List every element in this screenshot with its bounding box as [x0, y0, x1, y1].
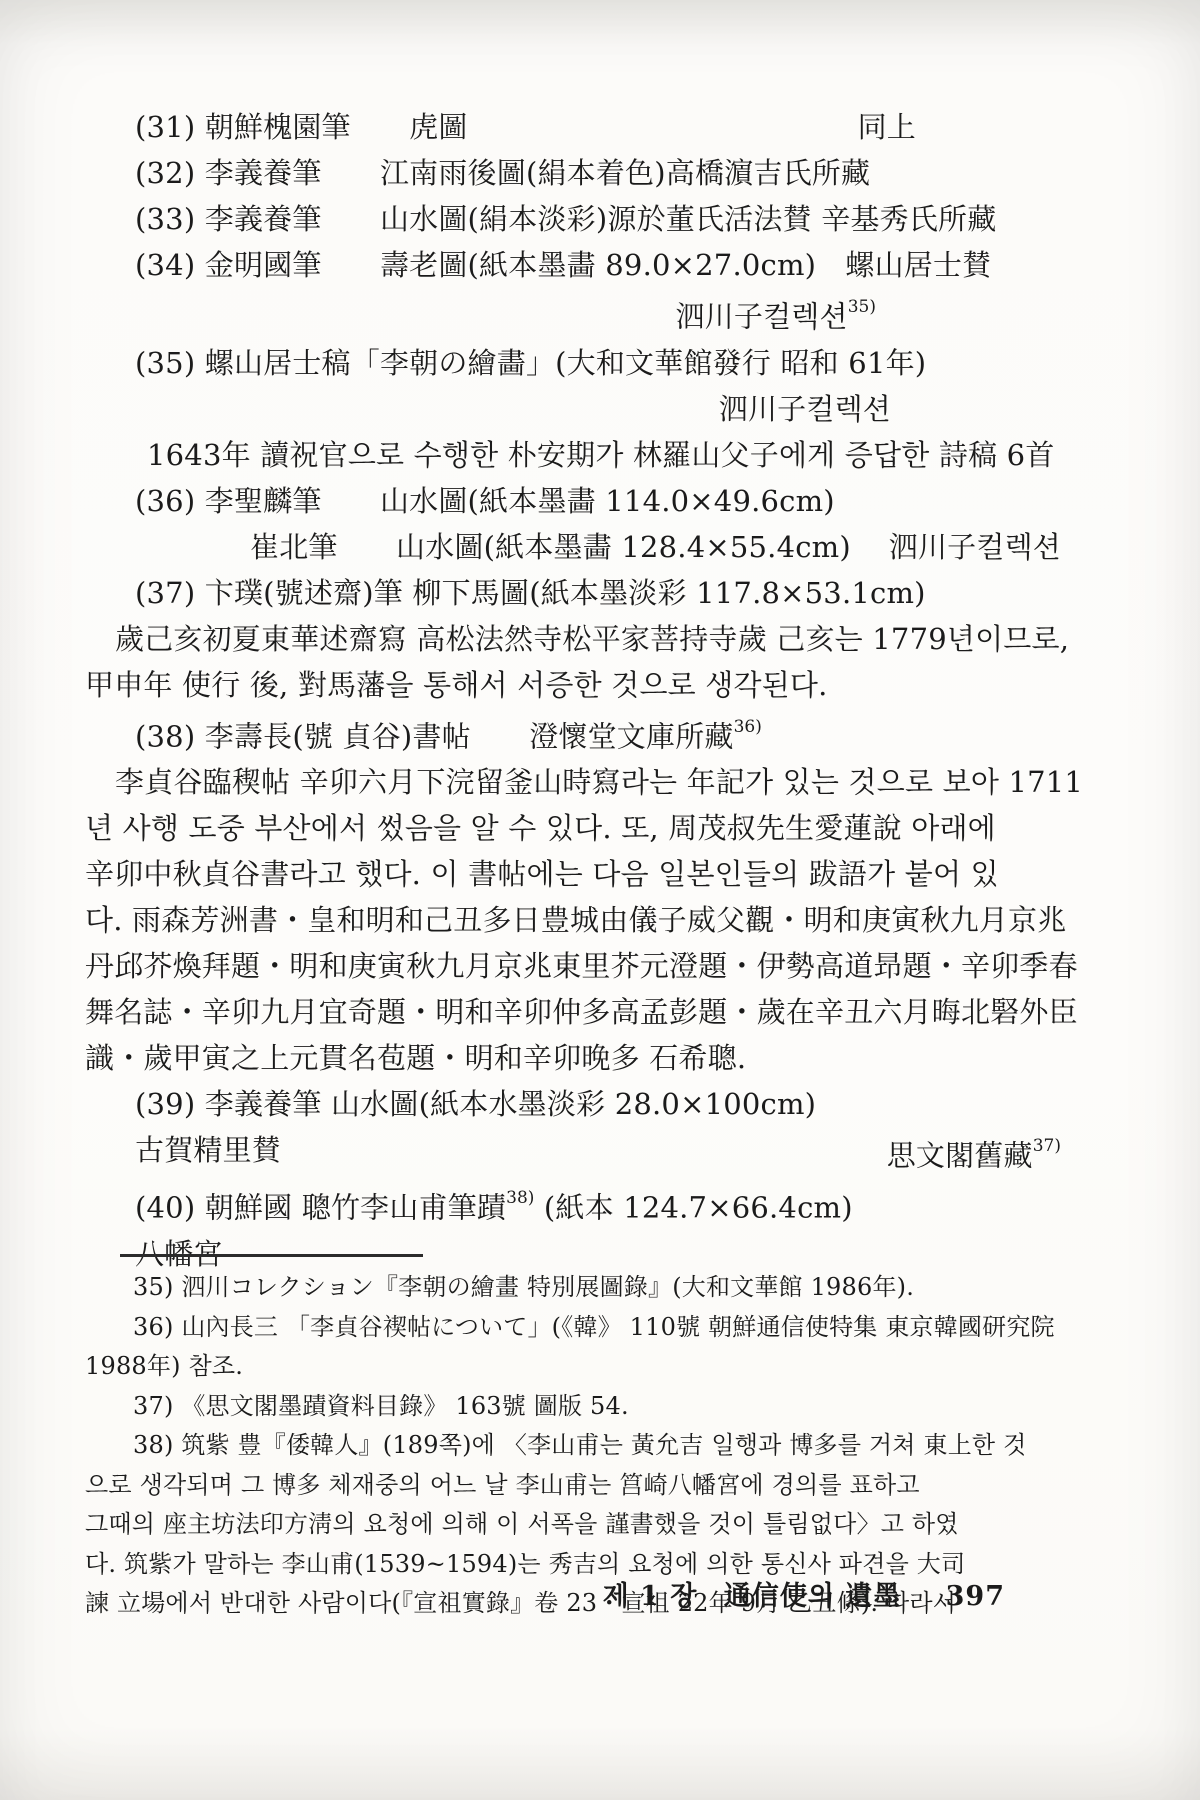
entry-collection: 同上: [858, 104, 916, 150]
catalog-entry-39: (39) 李義養筆 山水圖(紙本水墨淡彩 28.0×100cm): [85, 1081, 1061, 1127]
page-number: 397: [946, 1581, 1005, 1612]
paragraph-inscription: 歲己亥初夏東華述齋寫 高松法然寺松平家菩持寺歲 己亥는 1779년이므로,: [85, 616, 1061, 662]
paragraph-continuation: 辛卯中秋貞谷書라고 했다. 이 書帖에는 다음 일본인들의 跋語가 붙어 있: [85, 851, 1061, 897]
entry-text: (40) 朝鮮國 聰竹李山甫筆蹟: [135, 1191, 506, 1225]
entry-collection: 思文閣舊藏37): [887, 1127, 1061, 1179]
collection-credit: 泗川子컬렉션35): [85, 288, 1061, 340]
paragraph-continuation: 舞名誌・辛卯九月宜奇題・明和辛卯仲多高孟彭題・歲在辛丑六月晦北硻外臣: [85, 989, 1061, 1035]
paragraph-continuation: 다. 雨森芳洲書・皇和明和己丑多日豊城由儀子威父觀・明和庚寅秋九月京兆: [85, 897, 1061, 943]
entry-text: (38) 李壽長(號 貞谷)書帖 澄懷堂文庫所藏: [135, 719, 734, 753]
footnotes-section: 35) 泗川コレクション『李朝の繪畫 特別展圖錄』(大和文華館 1986年). …: [85, 1268, 1075, 1624]
catalog-entry-choebuk: 崔北筆 山水圖(紙本墨畵 128.4×55.4cm) 泗川子컬렉션: [85, 524, 1061, 570]
footnote-ref-36: 36): [734, 717, 762, 737]
entry-collection: 泗川子컬렉션: [889, 524, 1061, 570]
entry-dimensions: (紙本 124.7×66.4cm): [534, 1191, 852, 1225]
footnote-37: 37) 《思文閣墨蹟資料目錄》 163號 圖版 54.: [85, 1387, 1075, 1427]
catalog-entry-koga: 古賀精里賛 思文閣舊藏37): [85, 1127, 1061, 1179]
catalog-entry-33: (33) 李義養筆 山水圖(絹本淡彩)源於董氏活法賛 辛基秀氏所藏: [85, 196, 1061, 242]
footnote-38: 38) 筑紫 豊『倭韓人』(189쪽)에 〈李山甫는 黃允吉 일행과 博多를 거…: [85, 1426, 1075, 1466]
chapter-label: 제 1 장: [603, 1581, 698, 1612]
footnote-ref-35: 35): [848, 297, 876, 317]
catalog-entry-34: (34) 金明國筆 壽老圖(紙本墨畵 89.0×27.0cm) 螺山居士賛: [85, 242, 1061, 288]
paragraph-jeonggok: 李貞谷臨稧帖 辛卯六月下浣留釜山時寫라는 年記가 있는 것으로 보아 1711: [85, 759, 1061, 805]
chapter-title: 通信使의 遺墨: [724, 1581, 901, 1612]
entry-text: (31) 朝鮮槐園筆 虎圖: [135, 104, 468, 150]
footnote-ref-38: 38): [506, 1188, 534, 1208]
catalog-entry-37: (37) 卞璞(號述齋)筆 柳下馬圖(紙本墨淡彩 117.8×53.1cm): [85, 570, 1061, 616]
footnote-36-continuation: 1988年) 참조.: [85, 1347, 1075, 1387]
catalog-entry-36: (36) 李聖麟筆 山水圖(紙本墨畵 114.0×49.6cm): [85, 478, 1061, 524]
collection-name: 泗川子컬렉션: [675, 300, 847, 334]
catalog-list: (31) 朝鮮槐園筆 虎圖 同上 (32) 李義養筆 江南雨後圖(絹本着色)高橋…: [85, 104, 1061, 1277]
catalog-entry-35: (35) 螺山居士稿「李朝の繪畵」(大和文華館發行 昭和 61年): [85, 340, 1061, 386]
footnote-36: 36) 山內長三 「李貞谷禊帖について」(《韓》 110號 朝鮮通信使特集 東京…: [85, 1308, 1075, 1348]
collection-name: 思文閣舊藏: [887, 1139, 1033, 1173]
entry-text: 古賀精里賛: [135, 1127, 281, 1179]
paragraph-continuation: 識・歲甲寅之上元貫名苞題・明和辛卯晚多 石希聰.: [85, 1035, 1061, 1081]
footnote-38-continuation: 그때의 座主坊法印方淸의 요청에 의해 이 서폭을 謹書했을 것이 틀림없다〉고…: [85, 1505, 1075, 1545]
paragraph-continuation: 년 사행 도중 부산에서 썼음을 알 수 있다. 또, 周茂叔先生愛蓮說 아래에: [85, 805, 1061, 851]
catalog-entry-32: (32) 李義養筆 江南雨後圖(絹本着色)高橋濵吉氏所藏: [85, 150, 1061, 196]
catalog-entry-40: (40) 朝鮮國 聰竹李山甫筆蹟38) (紙本 124.7×66.4cm): [85, 1179, 1061, 1231]
footnote-38-continuation: 으로 생각되며 그 博多 체재중의 어느 날 李山甫는 筥崎八幡宮에 경의를 표…: [85, 1466, 1075, 1506]
footnote-ref-37: 37): [1033, 1136, 1061, 1156]
footnote-separator-rule: [120, 1254, 423, 1257]
entry-text: 崔北筆 山水圖(紙本墨畵 128.4×55.4cm): [250, 524, 851, 570]
catalog-entry-38: (38) 李壽長(號 貞谷)書帖 澄懷堂文庫所藏36): [85, 708, 1061, 760]
footnote-35: 35) 泗川コレクション『李朝の繪畫 特別展圖錄』(大和文華館 1986年).: [85, 1268, 1075, 1308]
paragraph-continuation: 丹邱芥煥拜題・明和庚寅秋九月京兆東里芥元澄題・伊勢高道昻題・辛卯季春: [85, 943, 1061, 989]
page-footer: 제 1 장 通信使의 遺墨 397: [85, 1574, 1005, 1613]
note-1643: 1643年 讀祝官으로 수행한 朴安期가 林羅山父子에게 증답한 詩稿 6首: [85, 432, 1061, 478]
collection-credit: 泗川子컬렉션: [85, 386, 1061, 432]
paragraph-continuation: 甲申年 使行 後, 對馬藩을 통해서 서증한 것으로 생각된다.: [85, 662, 1061, 708]
catalog-entry-31: (31) 朝鮮槐園筆 虎圖 同上: [85, 104, 1061, 150]
scanned-book-page: (31) 朝鮮槐園筆 虎圖 同上 (32) 李義養筆 江南雨後圖(絹本着色)高橋…: [0, 0, 1200, 1800]
